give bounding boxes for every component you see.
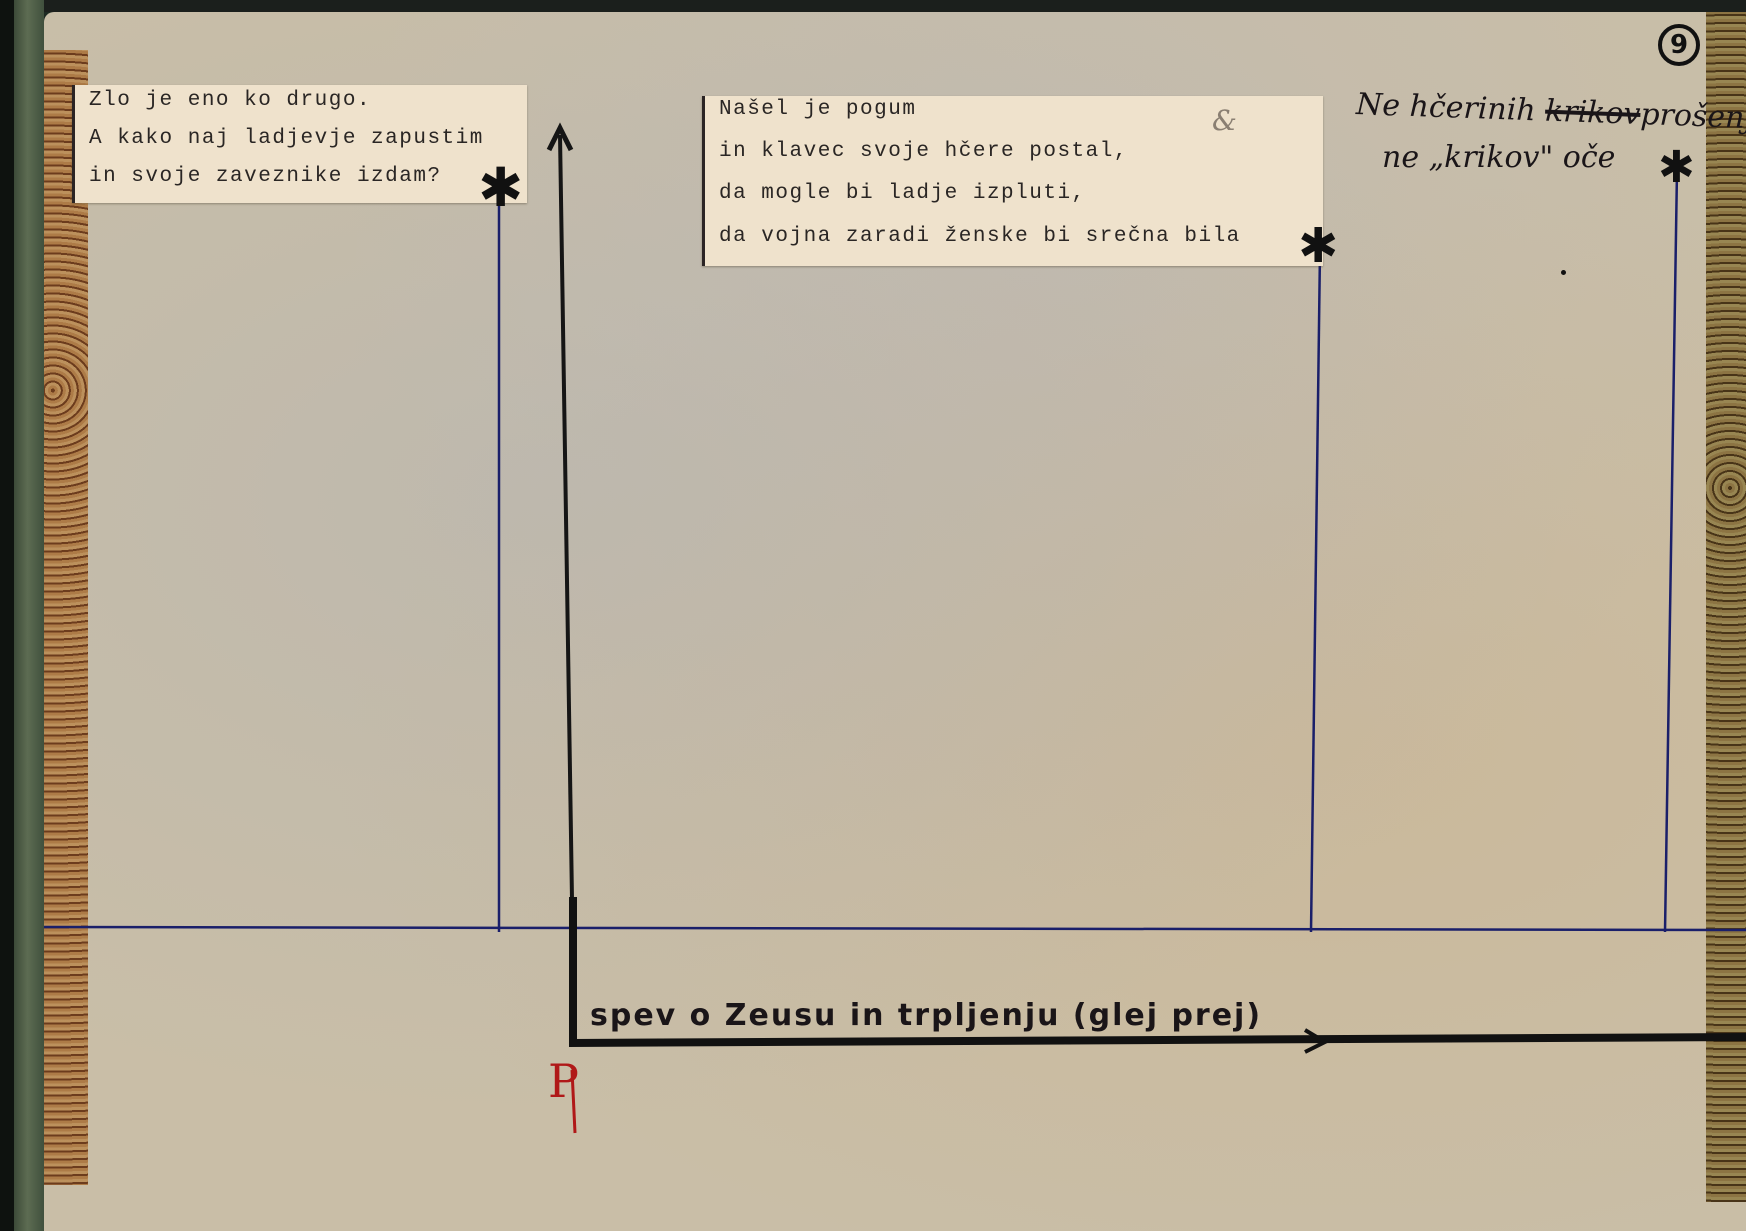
asterisk-icon: ✱ bbox=[1658, 142, 1695, 193]
typed-line: da mogle bi ladje izpluti, bbox=[719, 182, 1086, 205]
page-number: 9 bbox=[1658, 24, 1700, 66]
typed-strip-left: Zlo je eno ko drugo. A kako naj ladjevje… bbox=[72, 85, 527, 203]
note-text: prošenj bbox=[1640, 97, 1746, 136]
marker-line-right bbox=[1665, 170, 1677, 932]
struck-word: krikov bbox=[1545, 94, 1641, 132]
typed-line: da vojna zaradi ženske bi srečna bila bbox=[719, 225, 1241, 248]
pencil-mark: & bbox=[1212, 104, 1237, 137]
up-arrow-shaft bbox=[560, 135, 572, 900]
typed-line: Zlo je eno ko drugo. bbox=[89, 89, 371, 112]
typed-line: A kako naj ladjevje zapustim bbox=[89, 127, 484, 150]
marker-line-center bbox=[1311, 250, 1320, 932]
note-text: Ne hčerinih bbox=[1356, 87, 1537, 128]
red-mark: P bbox=[548, 1054, 579, 1108]
typed-line: in svoje zaveznike izdam? bbox=[89, 165, 442, 188]
baseline bbox=[44, 927, 1746, 930]
axis-label: spev o Zeusu in trpljenju (glej prej) bbox=[590, 998, 1262, 1033]
ink-dot bbox=[1561, 270, 1566, 275]
typed-line: Našel je pogum bbox=[719, 98, 916, 121]
asterisk-icon: ✱ bbox=[478, 156, 523, 219]
asterisk-icon: ✱ bbox=[1298, 218, 1338, 274]
typed-line: in klavec svoje hčere postal, bbox=[719, 140, 1128, 163]
handwritten-note-line-2: ne „krikov" oče bbox=[1382, 140, 1615, 175]
